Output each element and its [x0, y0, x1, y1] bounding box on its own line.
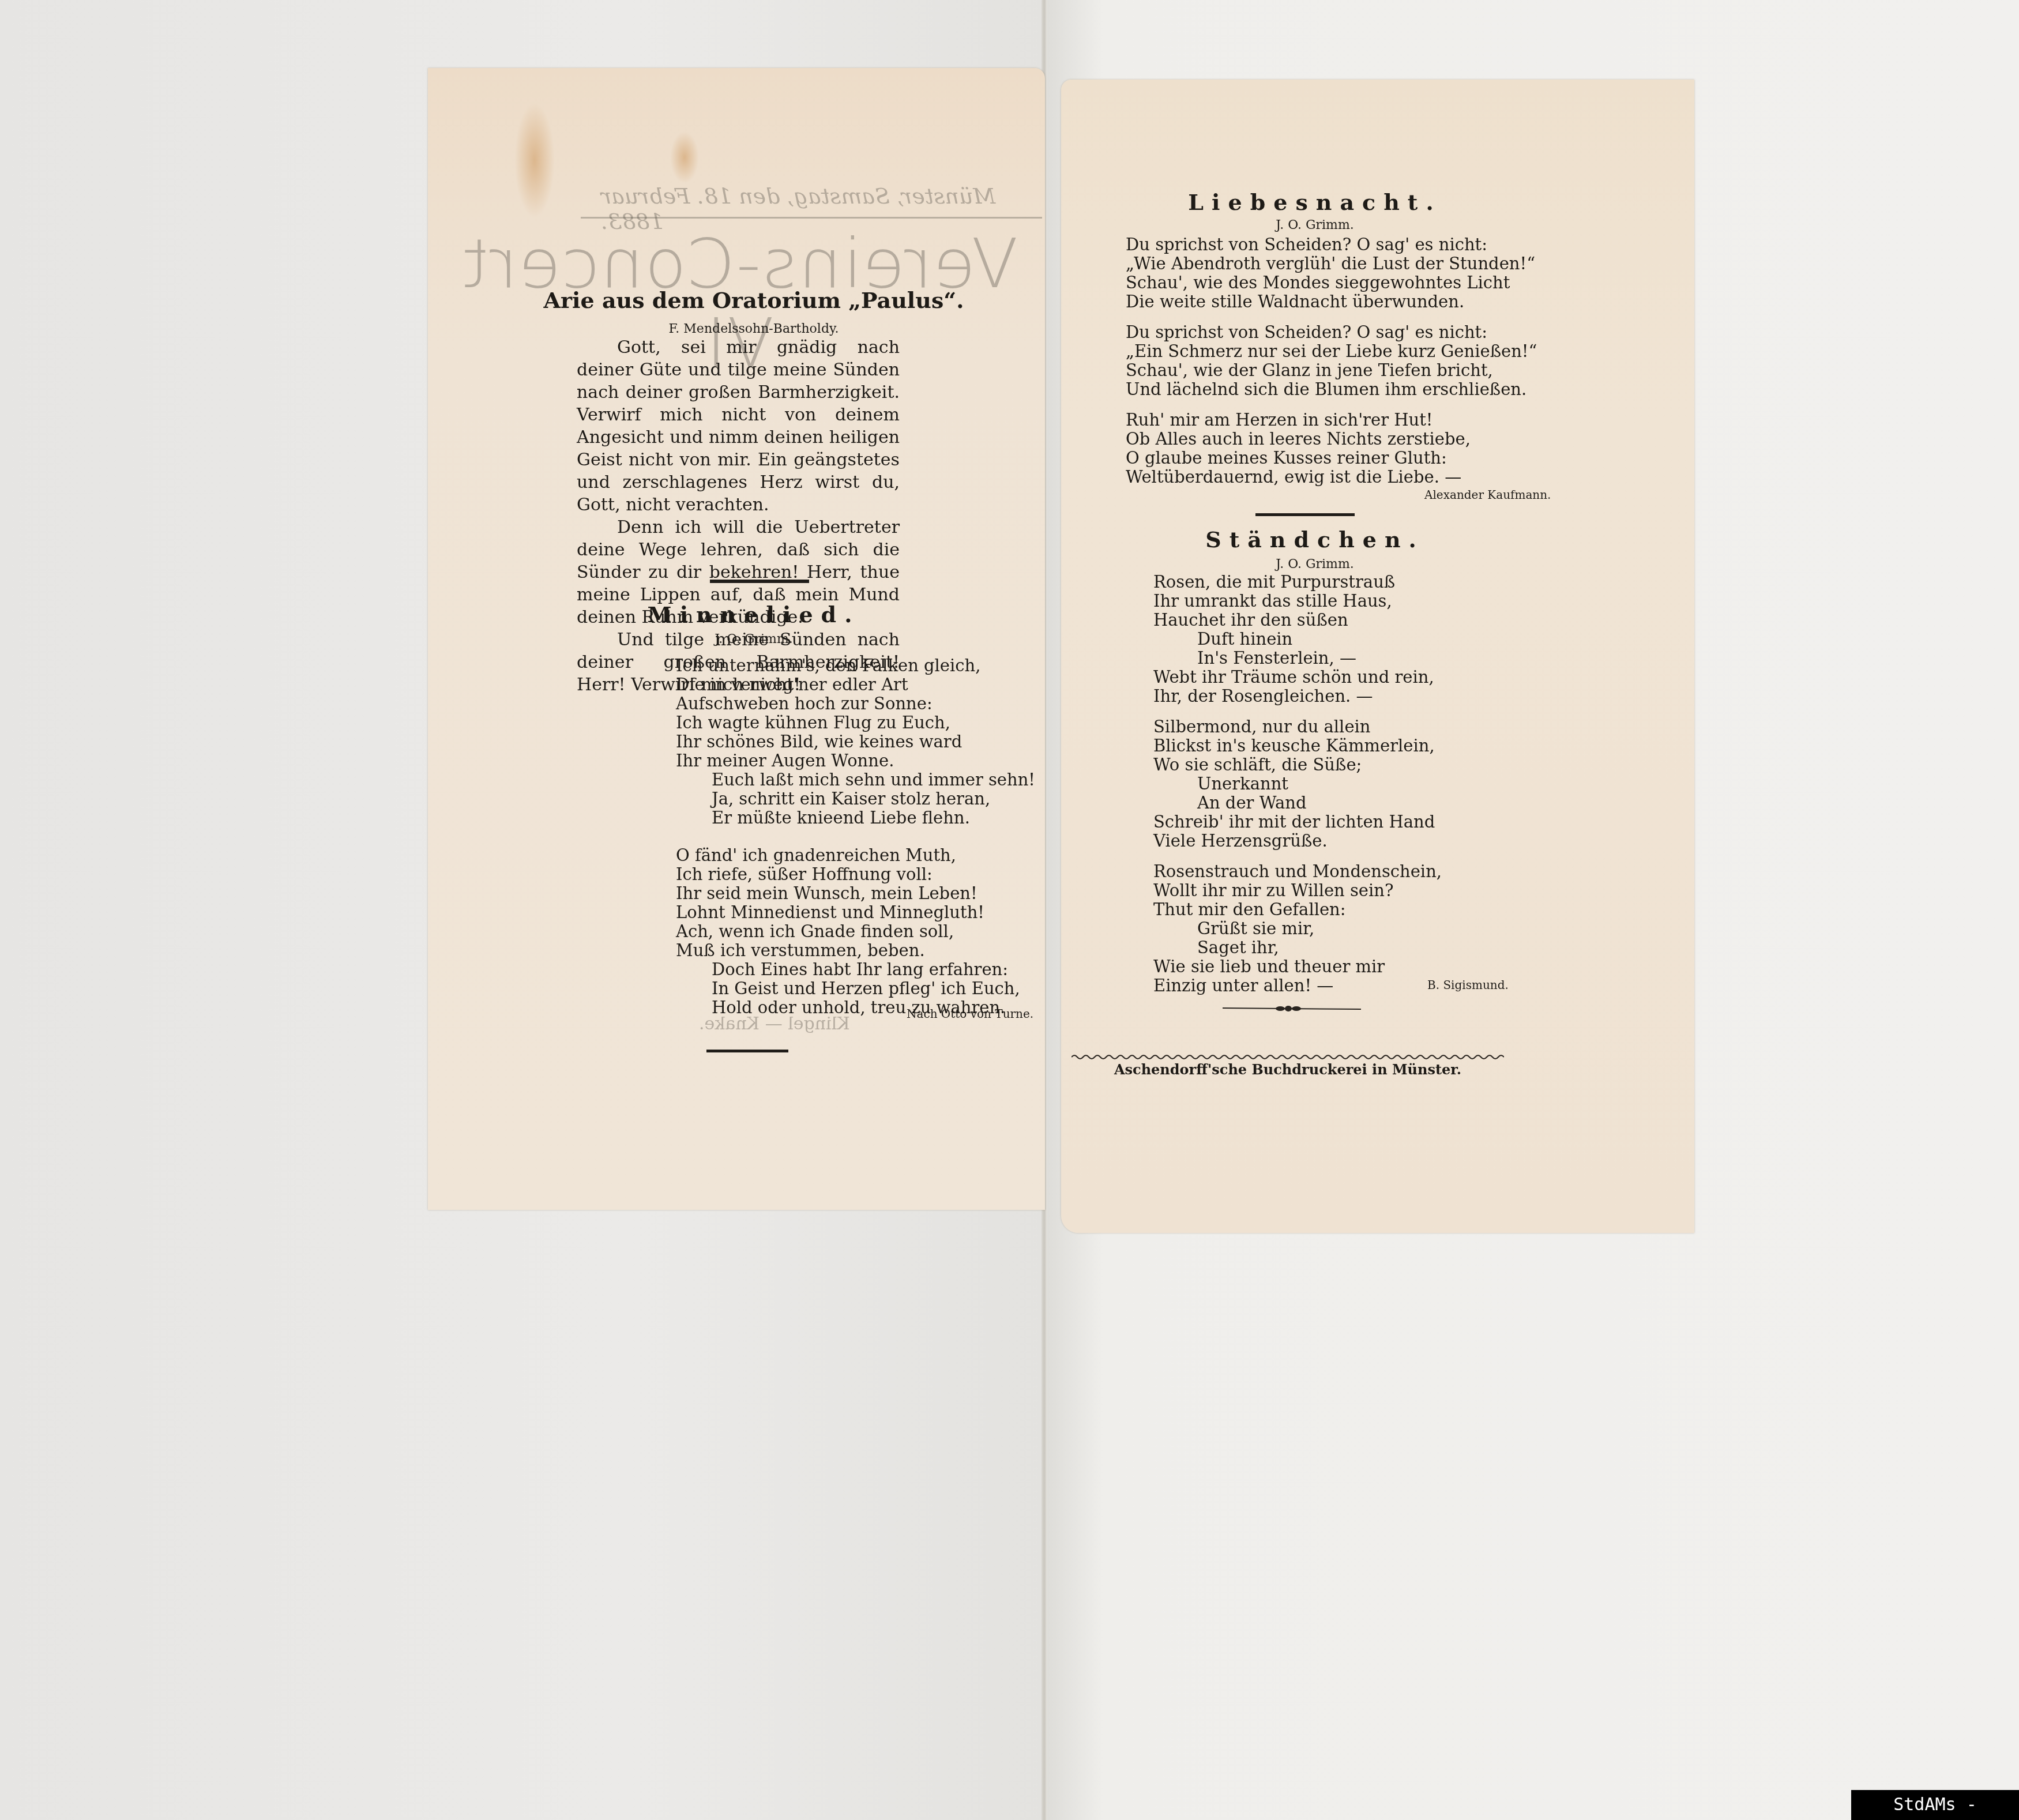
verse-line: Lohnt Minnedienst und Minnegluth! — [676, 903, 999, 922]
verse-line: Und lächelnd sich die Blumen ihm erschli… — [1126, 380, 1495, 399]
aria-paragraph: Gott, sei mir gnädig nach deiner Güte un… — [577, 336, 900, 516]
verse-line: Silbermond, nur du allein — [1153, 717, 1476, 736]
bleed-through-footer: Klingel — Knake. — [699, 1014, 850, 1034]
verse-line: An der Wand — [1153, 794, 1476, 813]
verse-line: Ihr seid mein Wunsch, mein Leben! — [676, 884, 999, 903]
foxing-stain — [670, 131, 699, 183]
verse-line: Saget ihr, — [1153, 938, 1476, 957]
verse-line: Ihr meiner Augen Wonne. — [676, 751, 999, 770]
section-divider — [1255, 513, 1355, 516]
verse-line: Ich riefe, süßer Hoffnung voll: — [676, 865, 999, 884]
verse-line: Aufschweben hoch zur Sonne: — [676, 694, 999, 713]
verse-line: Doch Eines habt Ihr lang erfahren: — [676, 960, 999, 979]
verse-line: Rosenstrauch und Mondenschein, — [1153, 862, 1476, 881]
verse-line: „Ein Schmerz nur sei der Liebe kurz Geni… — [1126, 342, 1495, 361]
right-page: Liebesnacht. J. O. Grimm. Du sprichst vo… — [1061, 80, 1694, 1233]
staendchen-attribution: B. Sigismund. — [1427, 978, 1509, 992]
verse-line: Viele Herzensgrüße. — [1153, 832, 1476, 851]
verse-line: In's Fensterlein, — — [1153, 649, 1476, 668]
verse-line: „Wie Abendroth verglüh' die Lust der Stu… — [1126, 254, 1495, 273]
verse-line: Schau', wie der Glanz in jene Tiefen bri… — [1126, 361, 1495, 380]
verse-line: Rosen, die mit Purpurstrauß — [1153, 573, 1476, 592]
verse-line: Hauchet ihr den süßen — [1153, 611, 1476, 630]
liebesnacht-title: Liebesnacht. — [1084, 189, 1546, 215]
verse-line: Grüßt sie mir, — [1153, 919, 1476, 938]
verse-line: Ruh' mir am Herzen in sich'rer Hut! — [1126, 411, 1495, 430]
minnelied-attribution: Nach Otto von Turne. — [907, 1007, 1033, 1021]
verse-line: Thut mir den Gefallen: — [1153, 900, 1476, 919]
liebesnacht-verse: Du sprichst von Scheiden? O sag' es nich… — [1126, 235, 1495, 487]
verse-line: Muß ich verstummen, beben. — [676, 941, 999, 960]
wavy-rule — [1071, 1053, 1504, 1061]
verse-line: Duft hinein — [1153, 630, 1476, 649]
verse-line: O glaube meines Kusses reiner Gluth: — [1126, 449, 1495, 468]
bleed-through-rule — [581, 217, 1042, 219]
verse-line: Schreib' ihr mit der lichten Hand — [1153, 813, 1476, 832]
verse-line: O fänd' ich gnadenreichen Muth, — [676, 846, 999, 865]
verse-line: Ja, schritt ein Kaiser stolz heran, — [676, 789, 999, 809]
verse-line: In Geist und Herzen pfleg' ich Euch, — [676, 979, 999, 998]
minnelied-composer: J. O. Grimm. — [486, 632, 1022, 646]
verse-line: Wie sie lieb und theuer mir — [1153, 957, 1476, 976]
verse-line: Die weite stille Waldnacht überwunden. — [1126, 292, 1495, 311]
verse-line: Schau', wie des Mondes sieggewohntes Lic… — [1126, 273, 1495, 292]
verse-line: Ihr schönes Bild, wie keines ward — [676, 732, 999, 751]
end-ornament — [1223, 1005, 1361, 1013]
left-page: Münster, Samstag, den 18. Februar 1883. … — [428, 68, 1045, 1210]
staendchen-verse: Rosen, die mit Purpurstrauß Ihr umrankt … — [1153, 573, 1476, 995]
verse-line: Weltüberdauernd, ewig ist die Liebe. — — [1126, 468, 1495, 487]
verse-line: Webt ihr Träume schön und rein, — [1153, 668, 1476, 687]
staendchen-title: Ständchen. — [1084, 527, 1546, 552]
verse-line: Ihr umrankt das stille Haus, — [1153, 592, 1476, 611]
verse-line: Ob Alles auch in leeres Nichts zerstiebe… — [1126, 430, 1495, 449]
verse-line: Du sprichst von Scheiden? O sag' es nich… — [1126, 235, 1495, 254]
verse-line: Die in verweg'ner edler Art — [676, 675, 999, 694]
printer-imprint: Aschendorff'sche Buchdruckerei in Münste… — [1071, 1061, 1504, 1078]
verse-line: Ach, wenn ich Gnade finden soll, — [676, 922, 999, 941]
verse-line: Ihr, der Rosengleichen. — — [1153, 687, 1476, 706]
verse-line: Unerkannt — [1153, 774, 1476, 794]
verse-line: Du sprichst von Scheiden? O sag' es nich… — [1126, 323, 1495, 342]
closing-rule — [706, 1050, 788, 1052]
minnelied-verse: Ich unternahm's, den Falken gleich, Die … — [676, 656, 999, 1017]
section-divider — [710, 580, 809, 583]
verse-line: Wollt ihr mir zu Willen sein? — [1153, 881, 1476, 900]
liebesnacht-attribution: Alexander Kaufmann. — [1424, 488, 1551, 502]
verse-line: Euch laßt mich sehn und immer sehn! — [676, 770, 999, 789]
liebesnacht-composer: J. O. Grimm. — [1084, 218, 1546, 232]
verse-line: Ich wagte kühnen Flug zu Euch, — [676, 713, 999, 732]
verse-line: Er müßte knieend Liebe flehn. — [676, 809, 999, 828]
verse-line: Blickst in's keusche Kämmerlein, — [1153, 736, 1476, 755]
archive-label: StdAMs - MV_004_354 — [1851, 1790, 2019, 1820]
staendchen-composer: J. O. Grimm. — [1084, 557, 1546, 571]
aria-composer: F. Mendelssohn-Bartholdy. — [486, 322, 1022, 336]
aria-title: Arie aus dem Oratorium „Paulus“. — [486, 287, 1022, 313]
verse-line: Wo sie schläft, die Süße; — [1153, 755, 1476, 774]
minnelied-title: Minnelied. — [486, 601, 1022, 627]
foxing-stain — [514, 103, 555, 218]
verse-line: Ich unternahm's, den Falken gleich, — [676, 656, 999, 675]
